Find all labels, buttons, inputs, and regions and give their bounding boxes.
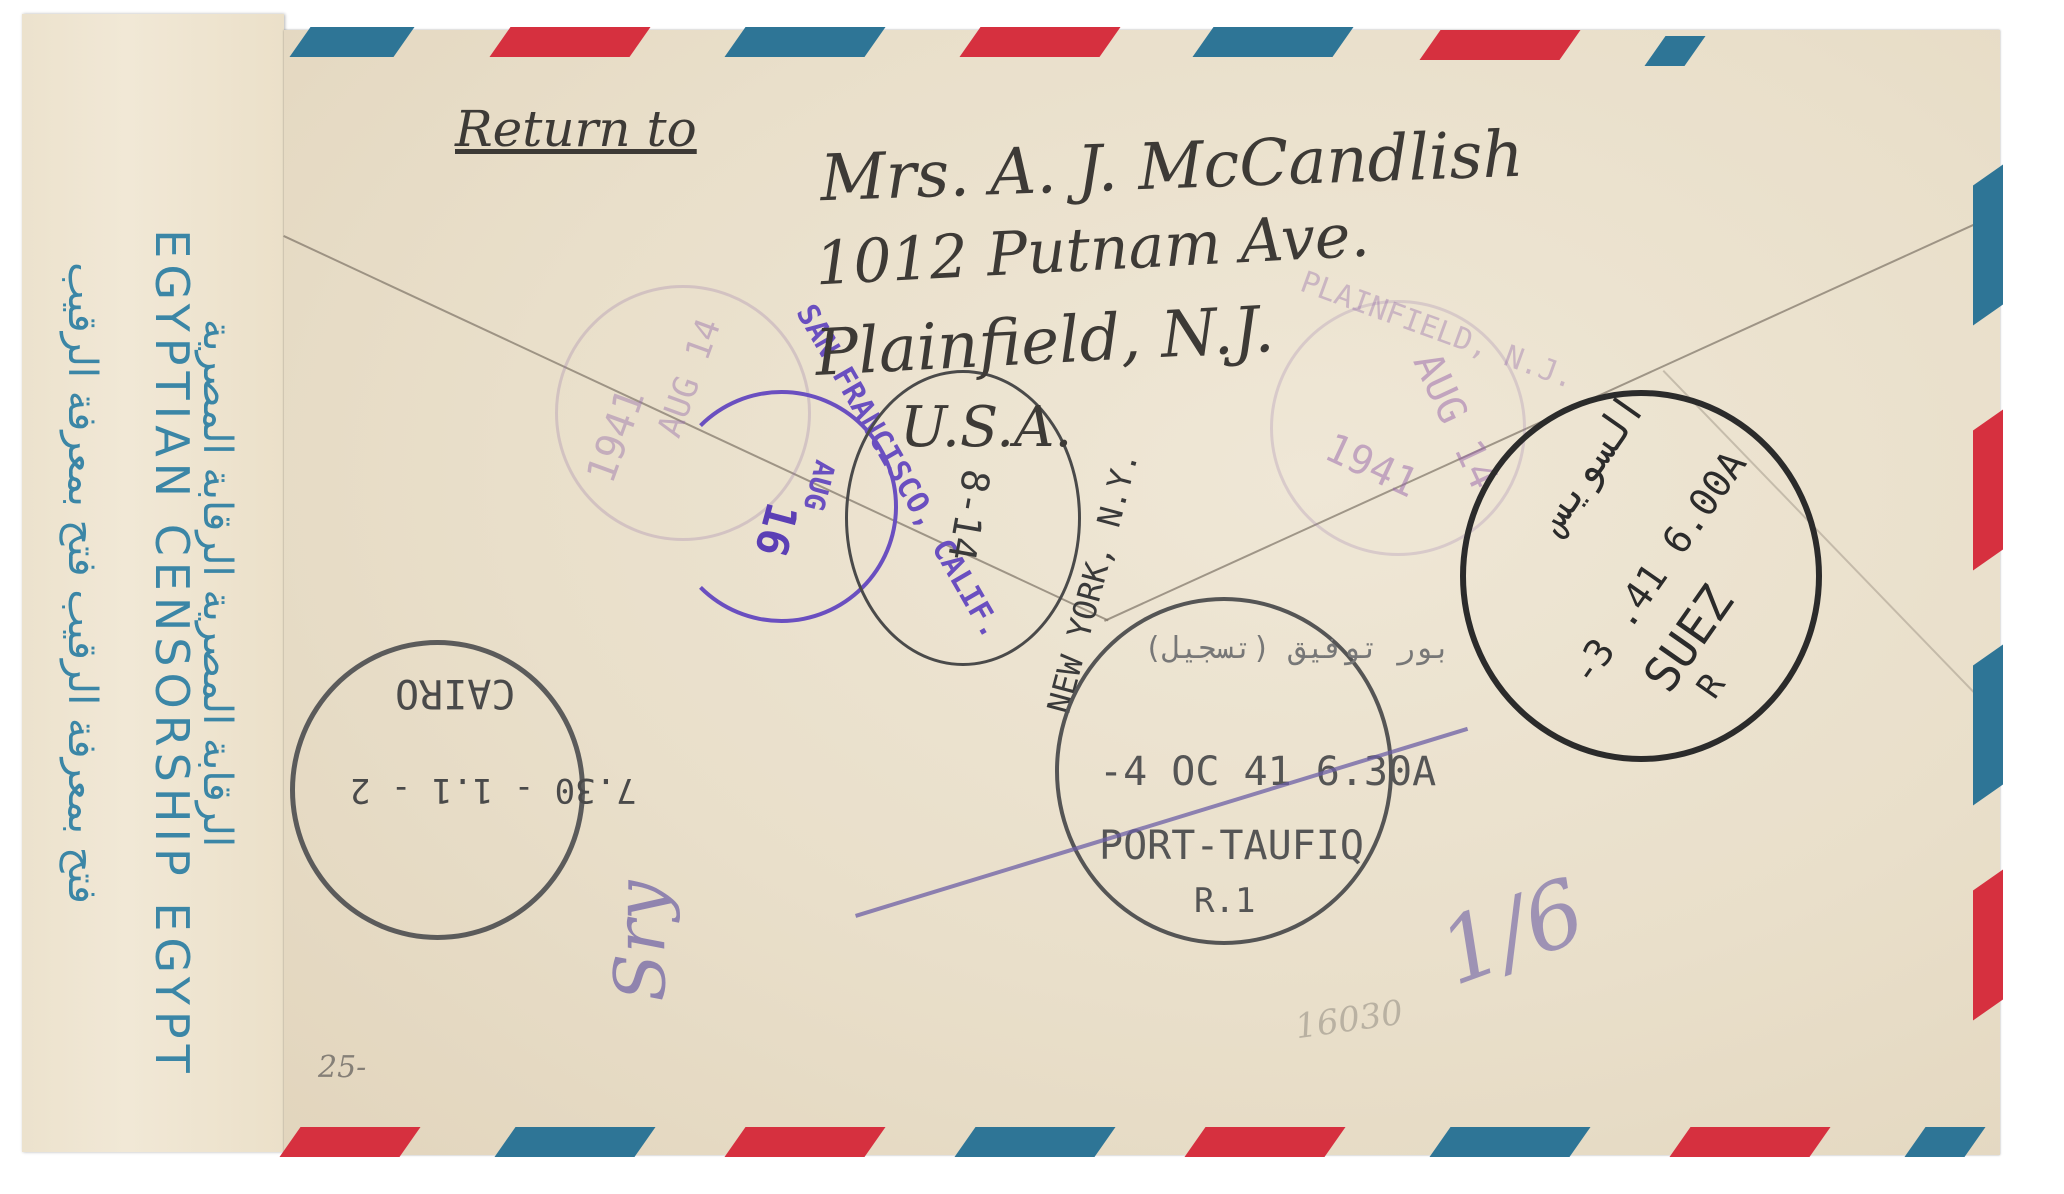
censor-arabic-column-2: فتح بمعرفة الرقيب فتح بمعرفة الرقيب <box>42 14 122 1152</box>
airmail-stripe-blue <box>954 1127 1115 1157</box>
airmail-stripe-red <box>1973 869 2003 1020</box>
airmail-stripe-red <box>1669 1127 1830 1157</box>
airmail-stripe-red <box>489 27 650 57</box>
airmail-stripe-blue <box>494 1127 655 1157</box>
airmail-stripe-red <box>959 27 1120 57</box>
return-to-label: Return to <box>455 100 697 158</box>
return-address-country: U.S.A. <box>900 395 1072 460</box>
airmail-stripe-blue <box>1192 27 1353 57</box>
airmail-stripe-blue <box>1429 1127 1590 1157</box>
airmail-stripe-blue <box>724 27 885 57</box>
postmark-cairo: CAIRO 7.30 - 1.1 - 2 <box>290 640 585 940</box>
postmark-suez: السويس -3 .41 6.00A SUEZ R <box>1460 390 1822 762</box>
airmail-stripe-red <box>1184 1127 1345 1157</box>
violet-pencil-scribble: Sry <box>599 881 681 1002</box>
airmail-stripe-red <box>724 1127 885 1157</box>
censor-label-strip: الرقابة المصرية الرقابة المصرية EGYPTIAN… <box>22 14 284 1152</box>
censor-english-column: EGYPTIAN CENSORSHIP EGYPT <box>132 14 212 1152</box>
airmail-stripe-blue <box>289 27 414 57</box>
corner-pencil-number: 25- <box>318 1050 366 1085</box>
airmail-stripe-red <box>1973 409 2003 570</box>
censor-english-text: EGYPTIAN CENSORSHIP EGYPT <box>145 229 199 1078</box>
airmail-stripe-blue <box>1973 164 2003 325</box>
airmail-stripe-blue <box>1973 644 2003 805</box>
airmail-stripe-red <box>279 1127 420 1157</box>
postmark-port-taufiq: بور توفيق (تسجيل) -4 OC 41 6.30A PORT-TA… <box>1055 597 1393 945</box>
censor-arabic-text-2: فتح بمعرفة الرقيب فتح بمعرفة الرقيب <box>59 262 105 904</box>
airmail-stripe-red <box>1419 30 1580 60</box>
